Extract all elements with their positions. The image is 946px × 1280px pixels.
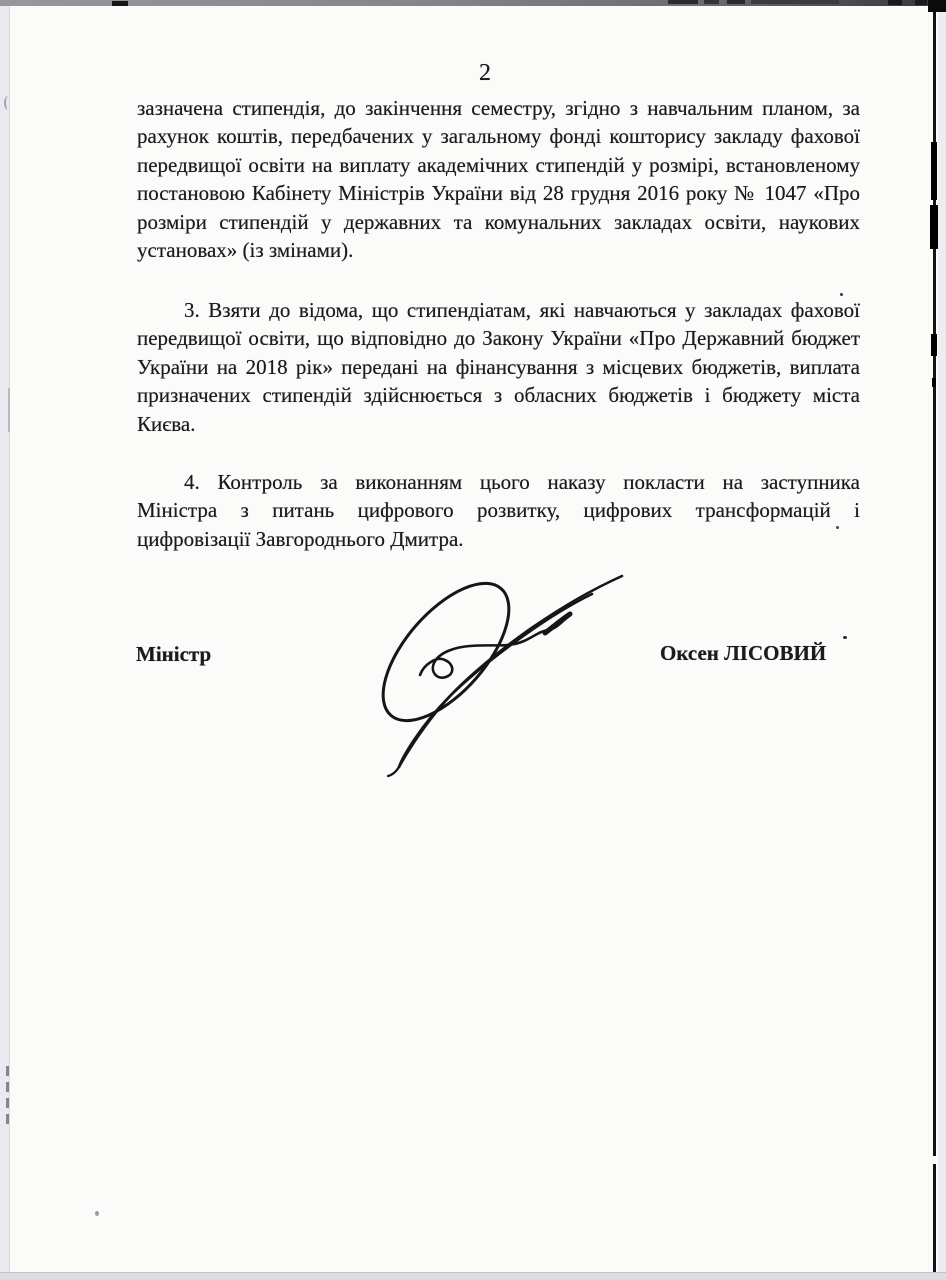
text-line: призначених стипендій здійснюється з обл… [137, 381, 860, 409]
minister-signature-icon [350, 560, 650, 785]
scan-dash [915, 0, 927, 5]
scan-blotch [931, 334, 937, 356]
scan-mark [6, 1066, 9, 1128]
text-line: рахунок коштів, передбачених у загальном… [137, 122, 860, 150]
scan-dash [751, 0, 839, 4]
text-line: цифровізації Завгороднього Дмитра. [137, 525, 860, 553]
scan-dash [112, 1, 128, 6]
scan-speck [95, 1211, 99, 1216]
scan-speck [843, 636, 847, 639]
scan-edge-bottom [0, 1272, 946, 1280]
paragraph-item-4: 4. Контроль за виконанням цього наказу п… [137, 468, 860, 553]
scan-corner-blotch [928, 0, 946, 12]
text-line: передвищої освіти, що відповідно до Зако… [137, 324, 860, 352]
paragraph-item-3: 3. Взяти до відома, що стипендіатам, які… [137, 296, 860, 438]
text-line: 3. Взяти до відома, що стипендіатам, які… [137, 296, 860, 324]
scan-mark [4, 96, 12, 110]
text-line: 4. Контроль за виконанням цього наказу п… [137, 468, 860, 496]
text-line: Києва. [137, 410, 860, 438]
text-line: України на 2018 рік» передані на фінансу… [137, 353, 860, 381]
scanned-document-page: 2 зазначена стипендія, до закінчення сем… [0, 0, 946, 1280]
paragraph-stipend-continuation: зазначена стипендія, до закінчення семес… [137, 94, 860, 264]
text-line: установах» (із змінами). [137, 236, 860, 264]
scan-blotch [930, 205, 938, 249]
scan-dash [668, 0, 698, 4]
page-number: 2 [137, 58, 833, 88]
text-line: постановою Кабінету Міністрів України ві… [137, 179, 860, 207]
text-line: розміри стипендій у державних та комунал… [137, 208, 860, 236]
scan-mark [8, 388, 10, 432]
minister-title-label: Міністр [136, 641, 211, 667]
minister-name-label: Оксен ЛІСОВИЙ [660, 640, 826, 666]
scan-line-gap [933, 1156, 936, 1164]
scan-dash [888, 0, 902, 5]
scan-edge-right-margin [938, 0, 946, 1280]
scan-blotch [931, 142, 937, 200]
text-line: передвищої освіти на виплату академічних… [137, 151, 860, 179]
text-line: Міністра з питань цифрового розвитку, ци… [137, 496, 860, 524]
scan-dash [704, 0, 719, 4]
text-line: зазначена стипендія, до закінчення семес… [137, 94, 860, 122]
scan-edge-left-inner-line [9, 0, 10, 1280]
scan-blotch [932, 378, 936, 387]
scan-dash [727, 0, 745, 4]
